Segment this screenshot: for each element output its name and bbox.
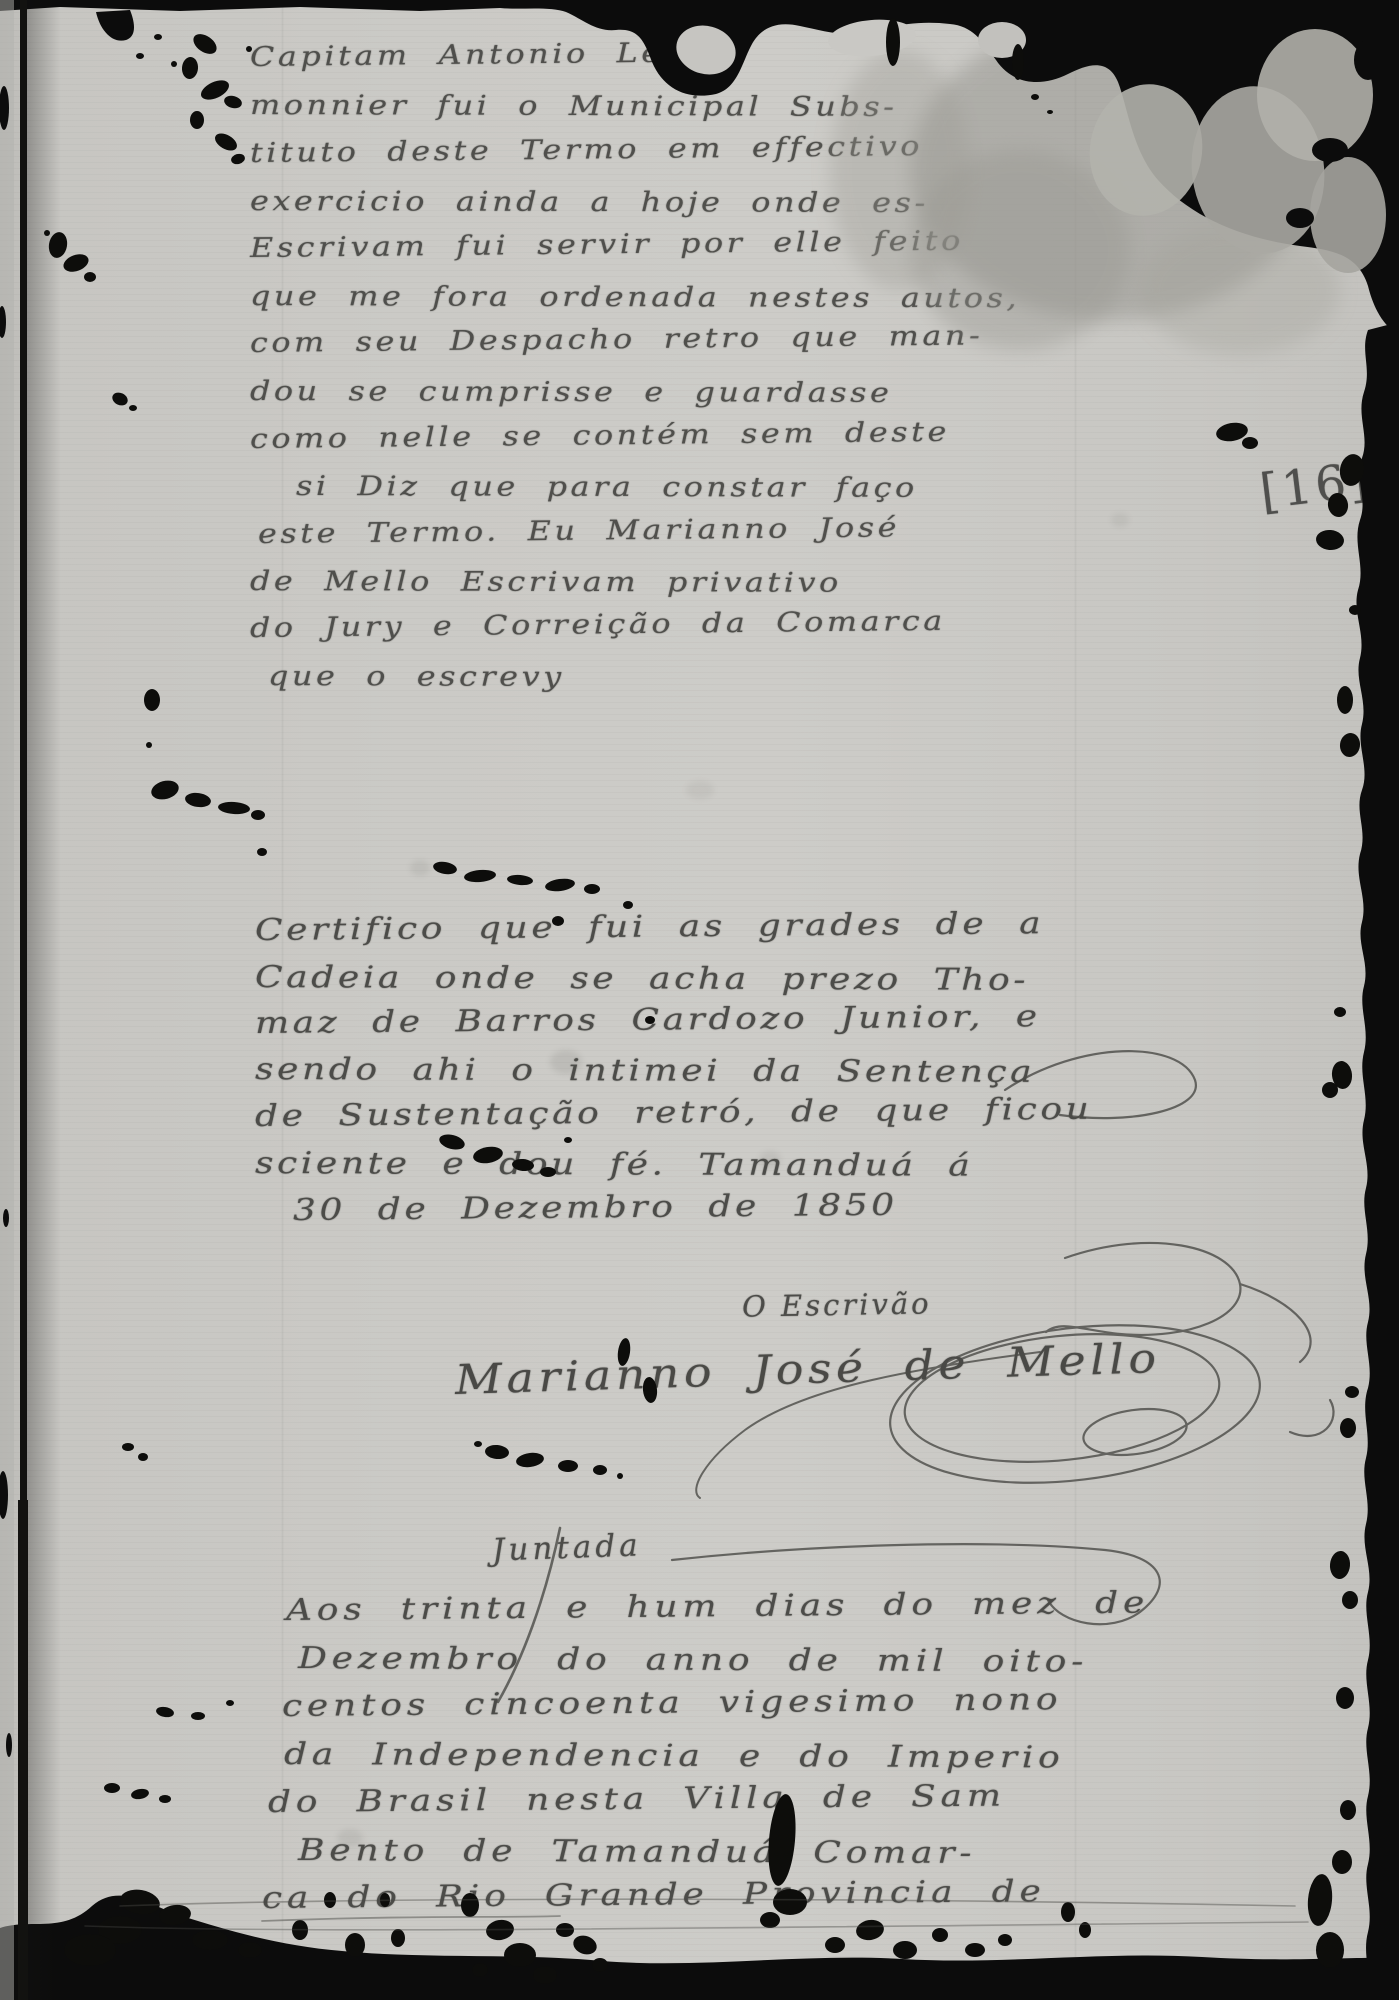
manuscript-line: de Sustentação retró, de que ficou — [255, 1092, 1093, 1134]
manuscript-line: Dezembro do anno de mil oito- — [298, 1641, 1088, 1679]
manuscript-line: monnier fui o Municipal Subs- — [250, 90, 898, 123]
manuscript-line: maz de Barros Cardozo Junior, e — [255, 999, 1041, 1041]
manuscript-line: Bento de Tamanduá Comar- — [298, 1833, 977, 1871]
manuscript-line: do Brasil nesta Villa de Sam — [268, 1779, 1006, 1820]
manuscript-line: como nelle se contém sem deste — [250, 417, 950, 455]
manuscript-line: que o escrevy — [268, 661, 565, 693]
manuscript-line: dou se cumprisse e guardasse — [250, 376, 893, 409]
page-number-annotation: [16] — [1257, 451, 1374, 520]
scribe-signature: Marianno José de Mello — [454, 1334, 1161, 1404]
juntada-heading: Juntada — [491, 1527, 642, 1568]
scanned-manuscript-page: Capitam Antonio Le monnier fui o Municip… — [0, 0, 1399, 2000]
manuscript-line: ca do Rio Grande Provincia de — [262, 1874, 1046, 1916]
manuscript-line: sendo ahi o intimei da Sentença — [255, 1052, 1035, 1090]
manuscript-line: exercicio ainda a hoje onde es- — [250, 186, 929, 219]
manuscript-line: sciente e dou fé. Tamanduá á — [255, 1146, 974, 1184]
manuscript-line: Aos trinta e hum dias do mez de — [286, 1585, 1150, 1628]
manuscript-line: si Diz que para constar faço — [296, 471, 918, 504]
manuscript-line: de Mello Escrivam privativo — [250, 566, 842, 599]
manuscript-line: centos cincoenta vigesimo nono — [282, 1682, 1063, 1724]
manuscript-line: Certifico que fui as grades de a — [255, 906, 1045, 948]
manuscript-line: da Independencia e do Imperio — [284, 1737, 1065, 1775]
manuscript-line: Escrivam fui servir por elle feito — [250, 226, 964, 264]
manuscript-line: 30 de Dezembro de 1850 — [293, 1188, 898, 1228]
scribe-role-line: O Escrivão — [742, 1286, 932, 1323]
manuscript-line: tituto deste Termo em effectivo — [250, 131, 923, 169]
paper-fold-line — [1074, 0, 1077, 2000]
manuscript-line: Capitam Antonio Le — [250, 38, 664, 73]
manuscript-line: Cadeia onde se acha prezo Tho- — [255, 960, 1029, 998]
manuscript-line: com seu Despacho retro que man- — [250, 320, 984, 359]
manuscript-line: este Termo. Eu Marianno José — [258, 512, 901, 550]
binding-edge — [0, 0, 144, 2000]
manuscript-line: do Jury e Correição da Comarca — [250, 606, 946, 644]
manuscript-line: que me fora ordenada nestes autos, — [250, 281, 1020, 314]
torn-right-edge — [1356, 322, 1399, 2000]
